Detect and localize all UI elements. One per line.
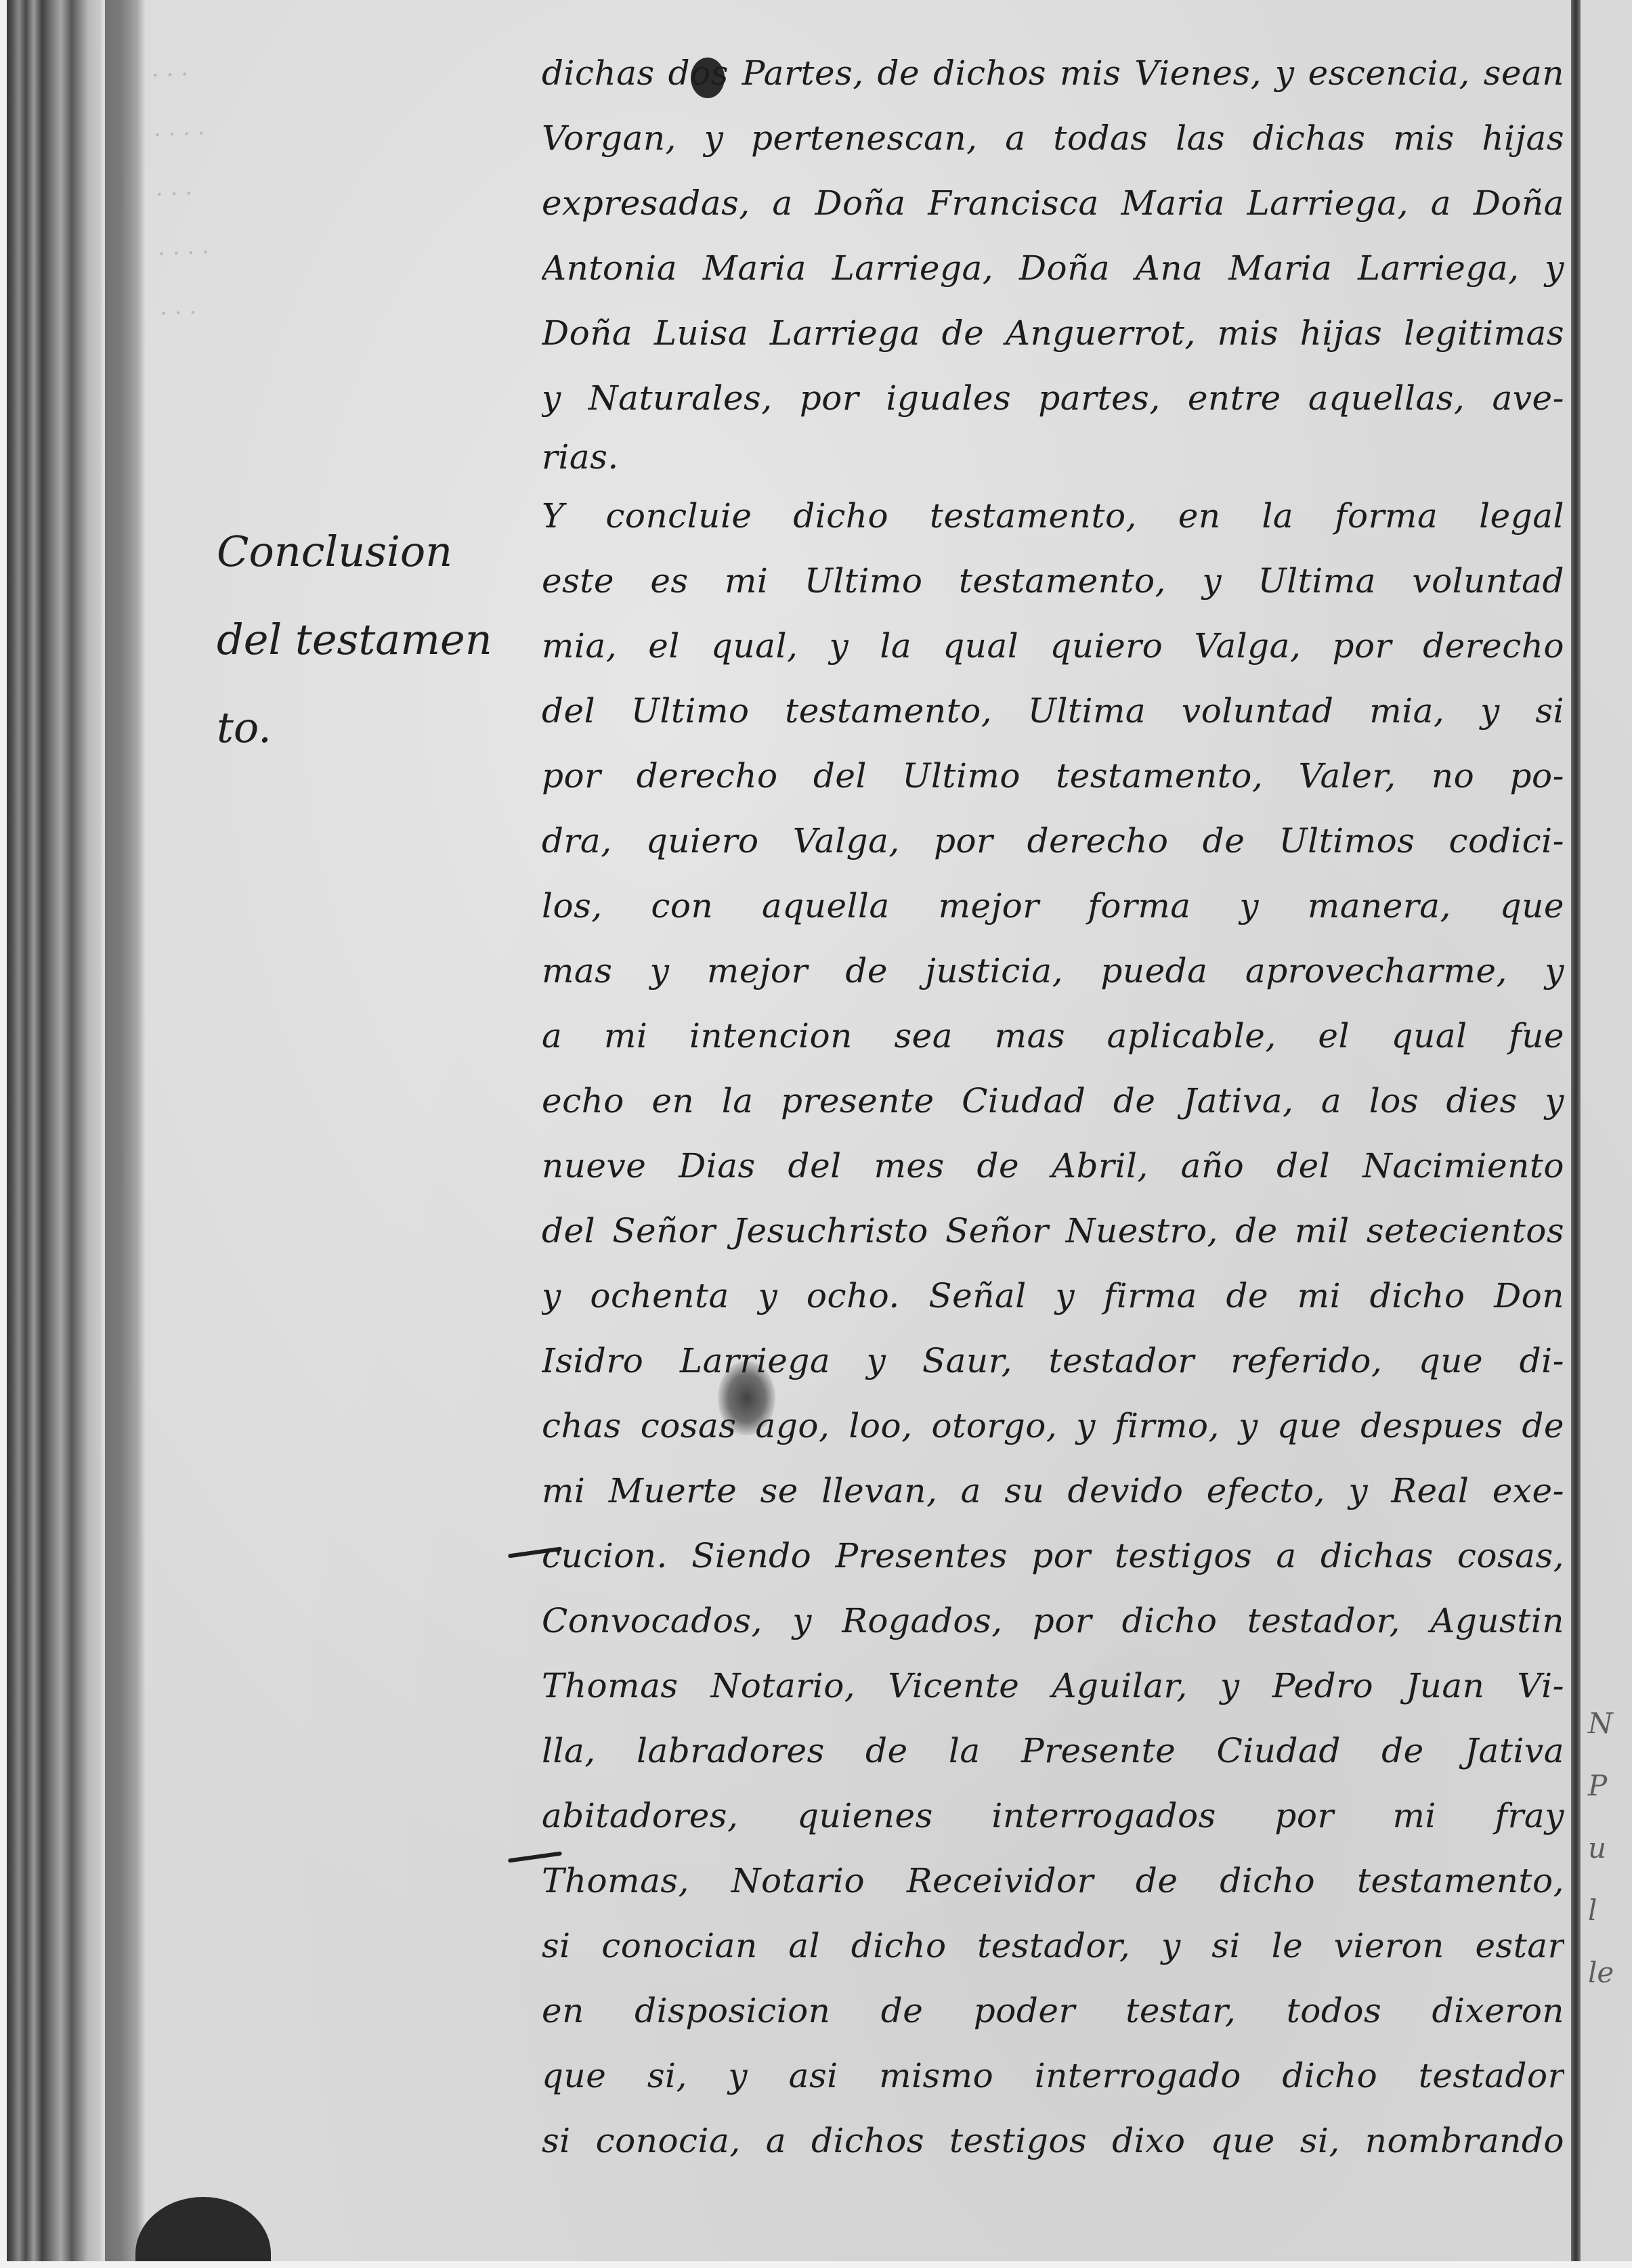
- manuscript-line: mas y mejor de justicia, pueda aprovecha…: [542, 938, 1564, 1003]
- adjacent-page-fragment: N P u l le: [1588, 1693, 1632, 2004]
- manuscript-line: que si, y asi mismo interrogado dicho te…: [542, 2043, 1564, 2108]
- manuscript-line: Y concluie dicho testamento, en la forma…: [542, 483, 1564, 548]
- margin-note-line: Conclusion: [217, 508, 528, 596]
- manuscript-line: Convocados, y Rogados, por dicho testado…: [542, 1588, 1564, 1653]
- manuscript-line: rias.: [542, 431, 1564, 483]
- manuscript-line: echo en la presente Ciudad de Jativa, a …: [542, 1068, 1564, 1133]
- manuscript-line: nueve Dias del mes de Abril, año del Nac…: [542, 1133, 1564, 1198]
- bleed-through-text: · · · · · · · · · · · · · · · · ·: [150, 35, 465, 343]
- manuscript-line: cucion. Siendo Presentes por testigos a …: [542, 1523, 1564, 1588]
- manuscript-line: a mi intencion sea mas aplicable, el qua…: [542, 1003, 1564, 1068]
- scan-margin-bottom: [0, 2261, 1632, 2268]
- binding-fold-shadow: [105, 0, 146, 2261]
- manuscript-line: por derecho del Ultimo testamento, Valer…: [542, 743, 1564, 808]
- manuscript-line: mi Muerte se llevan, a su devido efecto,…: [542, 1458, 1564, 1523]
- manuscript-line: abitadores, quienes interrogados por mi …: [542, 1783, 1564, 1848]
- manuscript-line: en disposicion de poder testar, todos di…: [542, 1978, 1564, 2043]
- manuscript-line: Vorgan, y pertenescan, a todas las dicha…: [542, 106, 1564, 171]
- manuscript-body: dichas dos Partes, de dichos mis Vienes,…: [542, 41, 1564, 2173]
- manuscript-line: dichas dos Partes, de dichos mis Vienes,…: [542, 41, 1564, 106]
- manuscript-line: Thomas, Notario Receividor de dicho test…: [542, 1848, 1564, 1913]
- manuscript-line: chas cosas ago, loo, otorgo, y firmo, y …: [542, 1393, 1564, 1458]
- book-binding: [7, 0, 102, 2261]
- manuscript-line: y Naturales, por iguales partes, entre a…: [542, 366, 1564, 431]
- margin-note: Conclusion del testamen to.: [217, 508, 528, 772]
- manuscript-line: y ochenta y ocho. Señal y firma de mi di…: [542, 1263, 1564, 1328]
- manuscript-line: Isidro Larriega y Saur, testador referid…: [542, 1328, 1564, 1393]
- manuscript-line: si conocian al dicho testador, y si le v…: [542, 1913, 1564, 1978]
- manuscript-line: mia, el qual, y la qual quiero Valga, po…: [542, 613, 1564, 678]
- manuscript-line: del Señor Jesuchristo Señor Nuestro, de …: [542, 1198, 1564, 1263]
- manuscript-line: Doña Luisa Larriega de Anguerrot, mis hi…: [542, 301, 1564, 366]
- manuscript-line: del Ultimo testamento, Ultima voluntad m…: [542, 678, 1564, 743]
- manuscript-line: dra, quiero Valga, por derecho de Ultimo…: [542, 808, 1564, 873]
- manuscript-line: lla, labradores de la Presente Ciudad de…: [542, 1718, 1564, 1783]
- manuscript-line: este es mi Ultimo testamento, y Ultima v…: [542, 548, 1564, 613]
- manuscript-line: si conocia, a dichos testigos dixo que s…: [542, 2108, 1564, 2173]
- manuscript-line: Thomas Notario, Vicente Aguilar, y Pedro…: [542, 1653, 1564, 1718]
- margin-note-line: to.: [217, 684, 528, 772]
- margin-note-line: del testamen: [217, 596, 528, 684]
- manuscript-line: los, con aquella mejor forma y manera, q…: [542, 873, 1564, 938]
- manuscript-line: Antonia Maria Larriega, Doña Ana Maria L…: [542, 236, 1564, 301]
- shadow-blob-bottom-left: [135, 2197, 271, 2268]
- page-edge-rule: [1571, 0, 1581, 2261]
- manuscript-line: expresadas, a Doña Francisca Maria Larri…: [542, 171, 1564, 236]
- manuscript-page: · · · · · · · · · · · · · · · · · Conclu…: [0, 0, 1632, 2268]
